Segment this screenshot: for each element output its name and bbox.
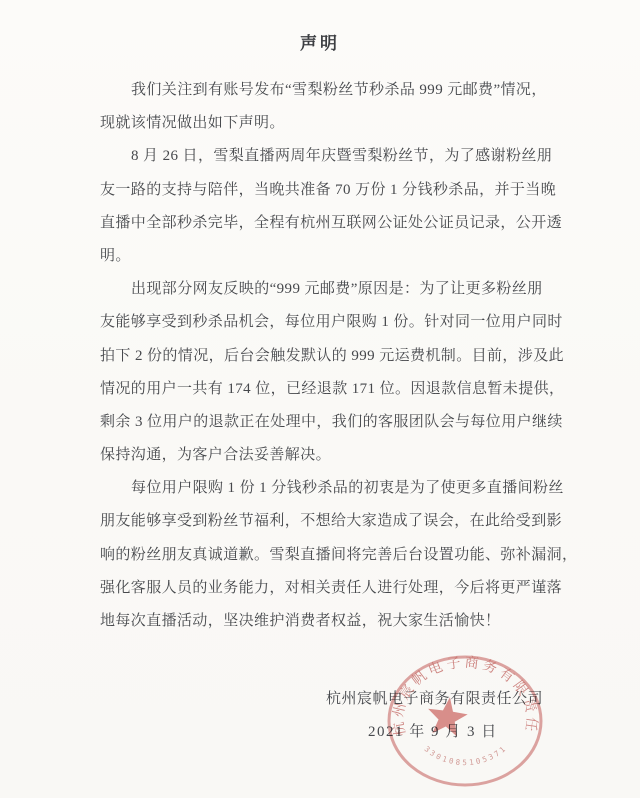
paragraph-line: 地每次直播活动，坚决维护消费者权益，祝大家生活愉快！ bbox=[100, 605, 552, 638]
paragraph-line: 我们关注到有账号发布“雪梨粉丝节秒杀品 999 元邮费”情况， bbox=[100, 74, 552, 107]
statement-document-page: 声明 我们关注到有账号发布“雪梨粉丝节秒杀品 999 元邮费”情况，现就该情况做… bbox=[0, 0, 640, 798]
seal-serial-number: 3301085105371 bbox=[423, 743, 509, 767]
seal-star-icon bbox=[425, 694, 470, 737]
paragraph-line: 出现部分网友反映的“999 元邮费”原因是：为了让更多粉丝朋 bbox=[100, 273, 552, 306]
paragraph-line: 剩余 3 位用户的退款正在处理中，我们的客服团队会与每位用户继续 bbox=[100, 406, 552, 439]
paragraph-line: 情况的用户一共有 174 位，已经退款 171 位。因退款信息暂未提供， bbox=[100, 373, 552, 406]
paragraph-line: 响的粉丝朋友真诚道歉。雪梨直播间将完善后台设置功能、弥补漏洞， bbox=[100, 539, 552, 572]
company-seal: 杭州宸帆电子商务有限责任公司 3301085105371 bbox=[385, 652, 547, 792]
svg-text:3301085105371: 3301085105371 bbox=[423, 743, 509, 767]
seal-ring-text: 杭州宸帆电子商务有限责任公司 bbox=[385, 652, 540, 737]
document-paragraphs: 我们关注到有账号发布“雪梨粉丝节秒杀品 999 元邮费”情况，现就该情况做出如下… bbox=[100, 74, 552, 638]
paragraph-line: 朋友能够享受到粉丝节福利，不想给大家造成了误会，在此给受到影 bbox=[100, 505, 552, 538]
paragraph-line: 拍下 2 份的情况，后台会触发默认的 999 元运费机制。目前，涉及此 bbox=[100, 340, 552, 373]
paragraph-line: 友能够享受到秒杀品机会，每位用户限购 1 份。针对同一位用户同时 bbox=[100, 306, 552, 339]
svg-text:杭州宸帆电子商务有限责任公司: 杭州宸帆电子商务有限责任公司 bbox=[385, 652, 540, 737]
paragraph-line: 明。 bbox=[100, 240, 552, 273]
paragraph-line: 友一路的支持与陪伴，当晚共准备 70 万份 1 分钱秒杀品，并于当晚 bbox=[100, 174, 552, 207]
paragraph-line: 现就该情况做出如下声明。 bbox=[100, 107, 552, 140]
paragraph-line: 直播中全部秒杀完毕，全程有杭州互联网公证处公证员记录，公开透 bbox=[100, 207, 552, 240]
paragraph-line: 强化客服人员的业务能力，对相关责任人进行处理，今后将更严谨落 bbox=[100, 572, 552, 605]
paragraph-line: 8 月 26 日，雪梨直播两周年庆暨雪梨粉丝节，为了感谢粉丝朋 bbox=[100, 140, 552, 173]
paragraph-line: 保持沟通，为客户合法妥善解决。 bbox=[100, 439, 552, 472]
paragraph-line: 每位用户限购 1 份 1 分钱秒杀品的初衷是为了使更多直播间粉丝 bbox=[100, 472, 552, 505]
document-title: 声明 bbox=[0, 29, 640, 54]
